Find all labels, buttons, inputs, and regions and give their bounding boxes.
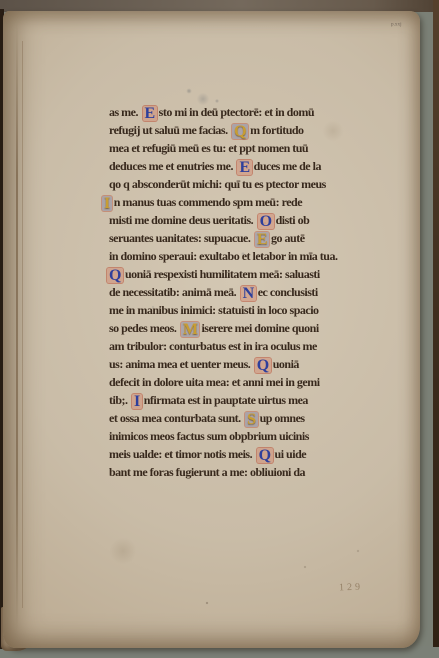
text-segment: uoniā xyxy=(273,357,299,371)
text-segment: disti ob xyxy=(276,213,310,227)
illuminated-initial-gold: E xyxy=(255,232,269,247)
text-segment: misti me domine deus ueritatis. xyxy=(109,213,256,227)
manuscript-line: In manus tuas commendo spm meū: rede xyxy=(109,193,345,211)
book-cover-edge xyxy=(433,0,439,647)
manuscript-line: am tribulor: conturbatus est in ira ocul… xyxy=(109,337,345,355)
manuscript-line: deduces me et enutries me. Educes me de … xyxy=(109,157,345,175)
manuscript-line: bant me foras fugierunt a me: obliuioni … xyxy=(109,463,345,481)
manuscript-line: as me. Esto mi in deū ptectorē: et in do… xyxy=(109,103,345,121)
manuscript-line: mea et refugiū meū es tu: et ppt nomen t… xyxy=(109,139,345,157)
text-segment: go autē xyxy=(271,231,305,245)
manuscript-line: defecit in dolore uita mea: et anni mei … xyxy=(109,373,345,391)
illuminated-initial-blue: I xyxy=(132,394,142,409)
corner-inscription: p.xxj xyxy=(391,21,402,27)
illuminated-initial-blue: Q xyxy=(255,358,271,373)
text-segment: mea et refugiū meū es tu: et ppt nomen t… xyxy=(109,141,308,155)
manuscript-line: me in manibus inimici: statuisti in loco… xyxy=(109,301,345,319)
text-segment: ec conclusisti xyxy=(258,285,318,299)
manuscript-page: p.xxj as me. Esto mi in deū ptectorē: et… xyxy=(3,11,420,648)
manuscript-line: in domino speraui: exultabo et letabor i… xyxy=(109,247,345,265)
gutter-crease xyxy=(16,23,18,630)
manuscript-line: Quoniā respexisti humilitatem meā: salua… xyxy=(109,265,345,283)
manuscript-line: et ossa mea conturbata sunt. Sup omnes xyxy=(109,409,345,427)
text-segment: so pedes meos. xyxy=(109,321,179,335)
illuminated-initial-blue: Q xyxy=(257,448,273,463)
text-segment: seruantes uanitates: supuacue. xyxy=(109,231,253,245)
manuscript-line: de necessitatib: animā meā. Nec conclusi… xyxy=(109,283,345,301)
manuscript-line: misti me domine deus ueritatis. Odisti o… xyxy=(109,211,345,229)
folio-number: 129 xyxy=(339,582,363,594)
illuminated-initial-blue: N xyxy=(241,286,256,301)
text-segment: deduces me et enutries me. xyxy=(109,159,235,173)
text-segment: nfirmata est in pauptate uirtus mea xyxy=(144,393,308,407)
illuminated-initial-gold: M xyxy=(181,322,200,337)
manuscript-line: inimicos meos factus sum obpbrium uicini… xyxy=(109,427,345,445)
manuscript-line: meis ualde: et timor notis meis. Qui uid… xyxy=(109,445,345,463)
manuscript-photo: p.xxj as me. Esto mi in deū ptectorē: et… xyxy=(0,0,439,658)
text-segment: tib;. xyxy=(109,393,130,407)
text-segment: us: anima mea et uenter meus. xyxy=(109,357,253,371)
text-segment: meis ualde: et timor notis meis. xyxy=(109,447,255,461)
manuscript-line: tib;. Infirmata est in pauptate uirtus m… xyxy=(109,391,345,409)
text-segment: am tribulor: conturbatus est in ira ocul… xyxy=(109,339,317,353)
text-segment: m fortitudo xyxy=(250,123,304,137)
text-block: as me. Esto mi in deū ptectorē: et in do… xyxy=(109,103,345,481)
illuminated-initial-blue: E xyxy=(143,106,157,121)
illuminated-initial-blue: Q xyxy=(107,268,123,283)
manuscript-line: so pedes meos. Miserere mei domine quoni xyxy=(109,319,345,337)
text-segment: iserere mei domine quoni xyxy=(201,321,318,335)
manuscript-line: us: anima mea et uenter meus. Quoniā xyxy=(109,355,345,373)
text-segment: uoniā respexisti humilitatem meā: saluas… xyxy=(125,267,320,281)
gutter-crease-light xyxy=(22,41,23,608)
manuscript-line: seruantes uanitates: supuacue. Ego autē xyxy=(109,229,345,247)
illuminated-initial-gold: I xyxy=(102,196,112,211)
text-segment: refugij ut saluū me facias. xyxy=(109,123,230,137)
text-segment: et ossa mea conturbata sunt. xyxy=(109,411,243,425)
text-segment: me in manibus inimici: statuisti in loco… xyxy=(109,303,319,317)
text-segment: inimicos meos factus sum obpbrium uicini… xyxy=(109,429,309,443)
text-segment: bant me foras fugierunt a me: obliuioni … xyxy=(109,465,305,479)
text-segment: n manus tuas commendo spm meū: rede xyxy=(114,195,302,209)
illuminated-initial-blue: E xyxy=(237,160,251,175)
text-segment: qo q absconderūt michi: quī tu es ptecto… xyxy=(109,177,326,191)
text-segment: ui uide xyxy=(275,447,307,461)
text-segment: defecit in dolore uita mea: et anni mei … xyxy=(109,375,320,389)
manuscript-line: qo q absconderūt michi: quī tu es ptecto… xyxy=(109,175,345,193)
illuminated-initial-gold: Q xyxy=(232,124,248,139)
manuscript-line: refugij ut saluū me facias. Qm fortitudo xyxy=(109,121,345,139)
text-segment: sto mi in deū ptectorē: et in domū xyxy=(159,105,314,119)
text-segment: up omnes xyxy=(260,411,305,425)
text-segment: in domino speraui: exultabo et letabor i… xyxy=(109,249,337,263)
text-segment: duces me de la xyxy=(254,159,321,173)
illuminated-initial-gold: S xyxy=(245,412,257,427)
text-segment: as me. xyxy=(109,105,141,119)
text-segment: de necessitatib: animā meā. xyxy=(109,285,239,299)
illuminated-initial-blue: O xyxy=(258,214,274,229)
